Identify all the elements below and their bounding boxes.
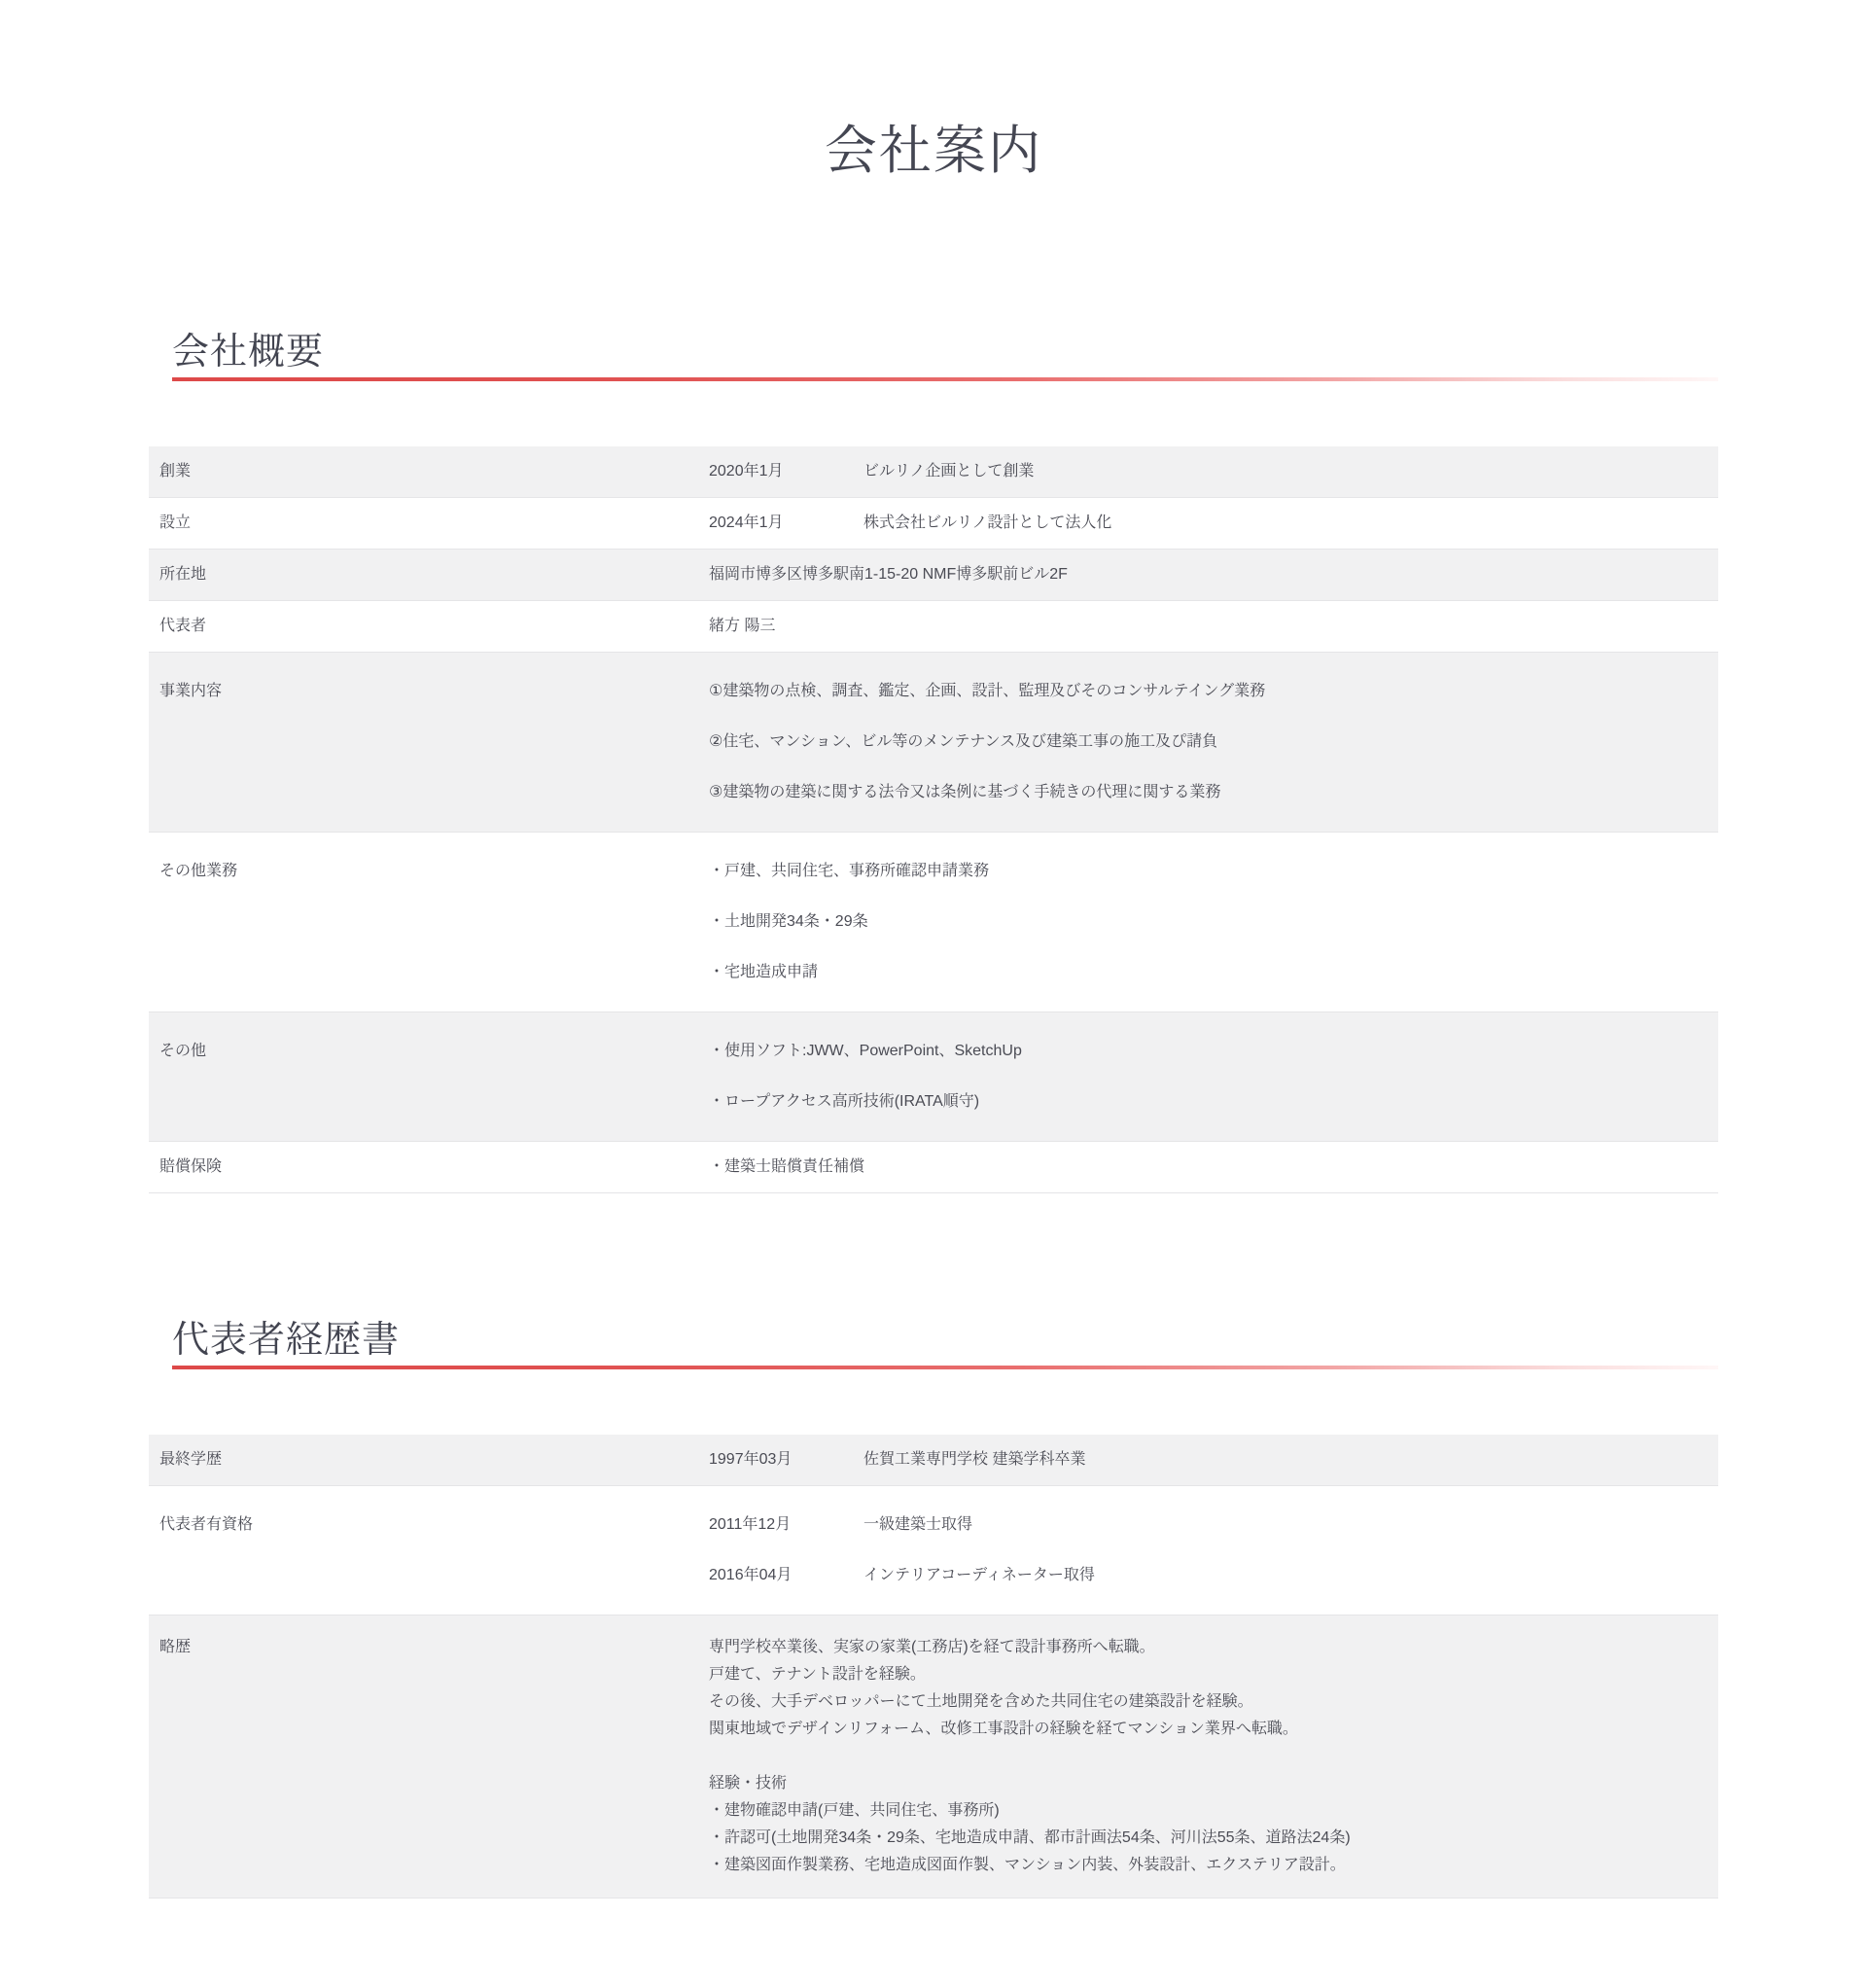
- row-value: 専門学校卒業後、実家の家業(工務店)を経て設計事務所へ転職。戸建て、テナント設計…: [709, 1615, 1718, 1898]
- row-line-text: 一級建築士取得: [863, 1516, 972, 1533]
- row-line-text: 佐賀工業専門学校 建築学科卒業: [863, 1451, 1085, 1468]
- row-label: 最終学歴: [149, 1435, 709, 1485]
- row-label: 代表者: [149, 601, 709, 652]
- row-value: ・建築士賠償責任補償: [709, 1142, 1718, 1192]
- row-line: ・使用ソフト:JWW、PowerPoint、SketchUp: [709, 1026, 1718, 1077]
- row-line-text: ①建築物の点検、調査、鑑定、企画、設計、監理及びそのコンサルテイング業務: [709, 683, 1265, 699]
- row-line: 2016年04月インテリアコーディネーター取得: [709, 1550, 1718, 1601]
- row-line: 1997年03月佐賀工業専門学校 建築学科卒業: [709, 1447, 1718, 1473]
- bottom-spacer: [149, 1899, 1718, 1986]
- row-line-text: 株式会社ビルリノ設計として法人化: [863, 515, 1111, 531]
- row-line: ②住宅、マンション、ビル等のメンテナンス及び建築工事の施工及ぴ請負: [709, 717, 1718, 767]
- section-heading-company-overview: 会社概要: [172, 331, 1718, 373]
- row-line-text: ・使用ソフト:JWW、PowerPoint、SketchUp: [709, 1043, 1022, 1059]
- row-value: 福岡市博多区博多駅南1-15-20 NMF博多駅前ビル2F: [709, 550, 1718, 600]
- table-row: 所在地福岡市博多区博多駅南1-15-20 NMF博多駅前ビル2F: [149, 550, 1718, 601]
- row-label: 代表者有資格: [149, 1486, 709, 1615]
- table-row: 事業内容①建築物の点検、調査、鑑定、企画、設計、監理及びそのコンサルテイング業務…: [149, 653, 1718, 833]
- row-line: ・許認可(土地開発34条・29条、宅地造成申請、都市計画法54条、河川法55条、…: [709, 1825, 1718, 1852]
- section-heading-ceo-resume: 代表者経歴書: [172, 1319, 1718, 1362]
- row-line-date: 2020年1月: [709, 459, 863, 484]
- row-line-text: ・建築士賠償責任補償: [709, 1158, 864, 1175]
- table-row: 代表者有資格2011年12月一級建築士取得2016年04月インテリアコーディネー…: [149, 1486, 1718, 1615]
- row-line: ・建物確認申請(戸建、共同住宅、事務所): [709, 1797, 1718, 1825]
- row-line: 専門学校卒業後、実家の家業(工務店)を経て設計事務所へ転職。: [709, 1634, 1718, 1661]
- row-line-text: 専門学校卒業後、実家の家業(工務店)を経て設計事務所へ転職。: [709, 1639, 1155, 1655]
- row-line: 戸建て、テナント設計を経験。: [709, 1661, 1718, 1688]
- row-line-text: ③建築物の建築に関する法令又は条例に基づく手続きの代理に関する業務: [709, 784, 1220, 800]
- row-value: ①建築物の点検、調査、鑑定、企画、設計、監理及びそのコンサルテイング業務②住宅、…: [709, 653, 1718, 832]
- table-row: 創業2020年1月ビルリノ企画として創業: [149, 446, 1718, 498]
- row-value: ・使用ソフト:JWW、PowerPoint、SketchUp・ロープアクセス高所…: [709, 1012, 1718, 1141]
- row-line: ・戸建、共同住宅、事務所確認申請業務: [709, 846, 1718, 897]
- table-row: 最終学歴1997年03月佐賀工業専門学校 建築学科卒業: [149, 1435, 1718, 1486]
- row-label: 略歴: [149, 1615, 709, 1898]
- row-value: 緒方 陽三: [709, 601, 1718, 652]
- row-value: 2024年1月株式会社ビルリノ設計として法人化: [709, 498, 1718, 549]
- row-label: 創業: [149, 446, 709, 497]
- row-line: 2020年1月ビルリノ企画として創業: [709, 459, 1718, 484]
- row-line-text: インテリアコーディネーター取得: [863, 1567, 1095, 1583]
- row-line-date: 1997年03月: [709, 1447, 863, 1473]
- table-row: 代表者緒方 陽三: [149, 601, 1718, 653]
- row-line: ・宅地造成申請: [709, 947, 1718, 998]
- row-line-text: ・建築図面作製業務、宅地造成図面作製、マンション内装、外装設計、エクステリア設計…: [709, 1857, 1346, 1873]
- row-line-text: 福岡市博多区博多駅南1-15-20 NMF博多駅前ビル2F: [709, 566, 1068, 583]
- row-line-text: ・戸建、共同住宅、事務所確認申請業務: [709, 863, 989, 879]
- row-line: ・土地開発34条・29条: [709, 897, 1718, 947]
- row-line: ①建築物の点検、調査、鑑定、企画、設計、監理及びそのコンサルテイング業務: [709, 666, 1718, 717]
- table-row: 賠償保険・建築士賠償責任補償: [149, 1142, 1718, 1193]
- row-line-text: ②住宅、マンション、ビル等のメンテナンス及び建築工事の施工及ぴ請負: [709, 733, 1217, 750]
- section-company-overview: 会社概要 創業2020年1月ビルリノ企画として創業設立2024年1月株式会社ビル…: [149, 331, 1718, 1193]
- section-underline: [172, 1366, 1718, 1369]
- row-value: 2011年12月一級建築士取得2016年04月インテリアコーディネーター取得: [709, 1486, 1718, 1615]
- row-line-text: その後、大手デベロッパーにて土地開発を含めた共同住宅の建築設計を経験。: [709, 1693, 1253, 1710]
- section-underline: [172, 377, 1718, 381]
- row-label: その他業務: [149, 833, 709, 1012]
- row-line: [709, 1743, 1718, 1770]
- row-label: 設立: [149, 498, 709, 549]
- row-line-text: 緒方 陽三: [709, 618, 775, 634]
- row-line-text: 経験・技術: [709, 1775, 787, 1792]
- row-line-text: ・ロープアクセス高所技術(IRATA順守): [709, 1093, 979, 1110]
- row-line: その後、大手デベロッパーにて土地開発を含めた共同住宅の建築設計を経験。: [709, 1688, 1718, 1716]
- row-value: 2020年1月ビルリノ企画として創業: [709, 446, 1718, 497]
- row-line-text: ・土地開発34条・29条: [709, 913, 868, 930]
- row-line-text: ・建物確認申請(戸建、共同住宅、事務所): [709, 1802, 1000, 1819]
- row-label: 事業内容: [149, 653, 709, 832]
- section-ceo-resume: 代表者経歴書 最終学歴1997年03月佐賀工業専門学校 建築学科卒業代表者有資格…: [149, 1319, 1718, 1899]
- row-line: ③建築物の建築に関する法令又は条例に基づく手続きの代理に関する業務: [709, 767, 1718, 818]
- company-profile-page: 会社案内 会社概要 創業2020年1月ビルリノ企画として創業設立2024年1月株…: [149, 0, 1718, 1986]
- table-row: その他業務・戸建、共同住宅、事務所確認申請業務・土地開発34条・29条・宅地造成…: [149, 833, 1718, 1012]
- row-line: 2024年1月株式会社ビルリノ設計として法人化: [709, 511, 1718, 536]
- row-line: ・建築士賠償責任補償: [709, 1154, 1718, 1180]
- row-value: 1997年03月佐賀工業専門学校 建築学科卒業: [709, 1435, 1718, 1485]
- row-line-date: 2011年12月: [709, 1512, 863, 1538]
- row-line-text: ・許認可(土地開発34条・29条、宅地造成申請、都市計画法54条、河川法55条、…: [709, 1829, 1351, 1846]
- row-line: 緒方 陽三: [709, 614, 1718, 639]
- row-line-text: ・宅地造成申請: [709, 964, 818, 980]
- page-title: 会社案内: [149, 0, 1718, 183]
- row-line-date: 2016年04月: [709, 1563, 863, 1588]
- row-label: その他: [149, 1012, 709, 1141]
- row-line: 2011年12月一級建築士取得: [709, 1500, 1718, 1550]
- row-label: 賠償保険: [149, 1142, 709, 1192]
- row-line-date: 2024年1月: [709, 511, 863, 536]
- row-line-text: ビルリノ企画として創業: [863, 463, 1034, 479]
- row-line-text: 戸建て、テナント設計を経験。: [709, 1666, 926, 1683]
- ceo-resume-table: 最終学歴1997年03月佐賀工業専門学校 建築学科卒業代表者有資格2011年12…: [149, 1435, 1718, 1899]
- row-line: 福岡市博多区博多駅南1-15-20 NMF博多駅前ビル2F: [709, 562, 1718, 587]
- row-line: 関東地域でデザインリフォーム、改修工事設計の経験を経てマンション業界へ転職。: [709, 1716, 1718, 1743]
- row-value: ・戸建、共同住宅、事務所確認申請業務・土地開発34条・29条・宅地造成申請: [709, 833, 1718, 1012]
- table-row: 設立2024年1月株式会社ビルリノ設計として法人化: [149, 498, 1718, 550]
- table-row: 略歴専門学校卒業後、実家の家業(工務店)を経て設計事務所へ転職。戸建て、テナント…: [149, 1615, 1718, 1899]
- company-overview-table: 創業2020年1月ビルリノ企画として創業設立2024年1月株式会社ビルリノ設計と…: [149, 446, 1718, 1193]
- row-line: 経験・技術: [709, 1770, 1718, 1797]
- row-line: ・建築図面作製業務、宅地造成図面作製、マンション内装、外装設計、エクステリア設計…: [709, 1852, 1718, 1879]
- table-row: その他・使用ソフト:JWW、PowerPoint、SketchUp・ロープアクセ…: [149, 1012, 1718, 1142]
- row-line-text: 関東地域でデザインリフォーム、改修工事設計の経験を経てマンション業界へ転職。: [709, 1721, 1298, 1737]
- row-line: ・ロープアクセス高所技術(IRATA順守): [709, 1077, 1718, 1127]
- row-label: 所在地: [149, 550, 709, 600]
